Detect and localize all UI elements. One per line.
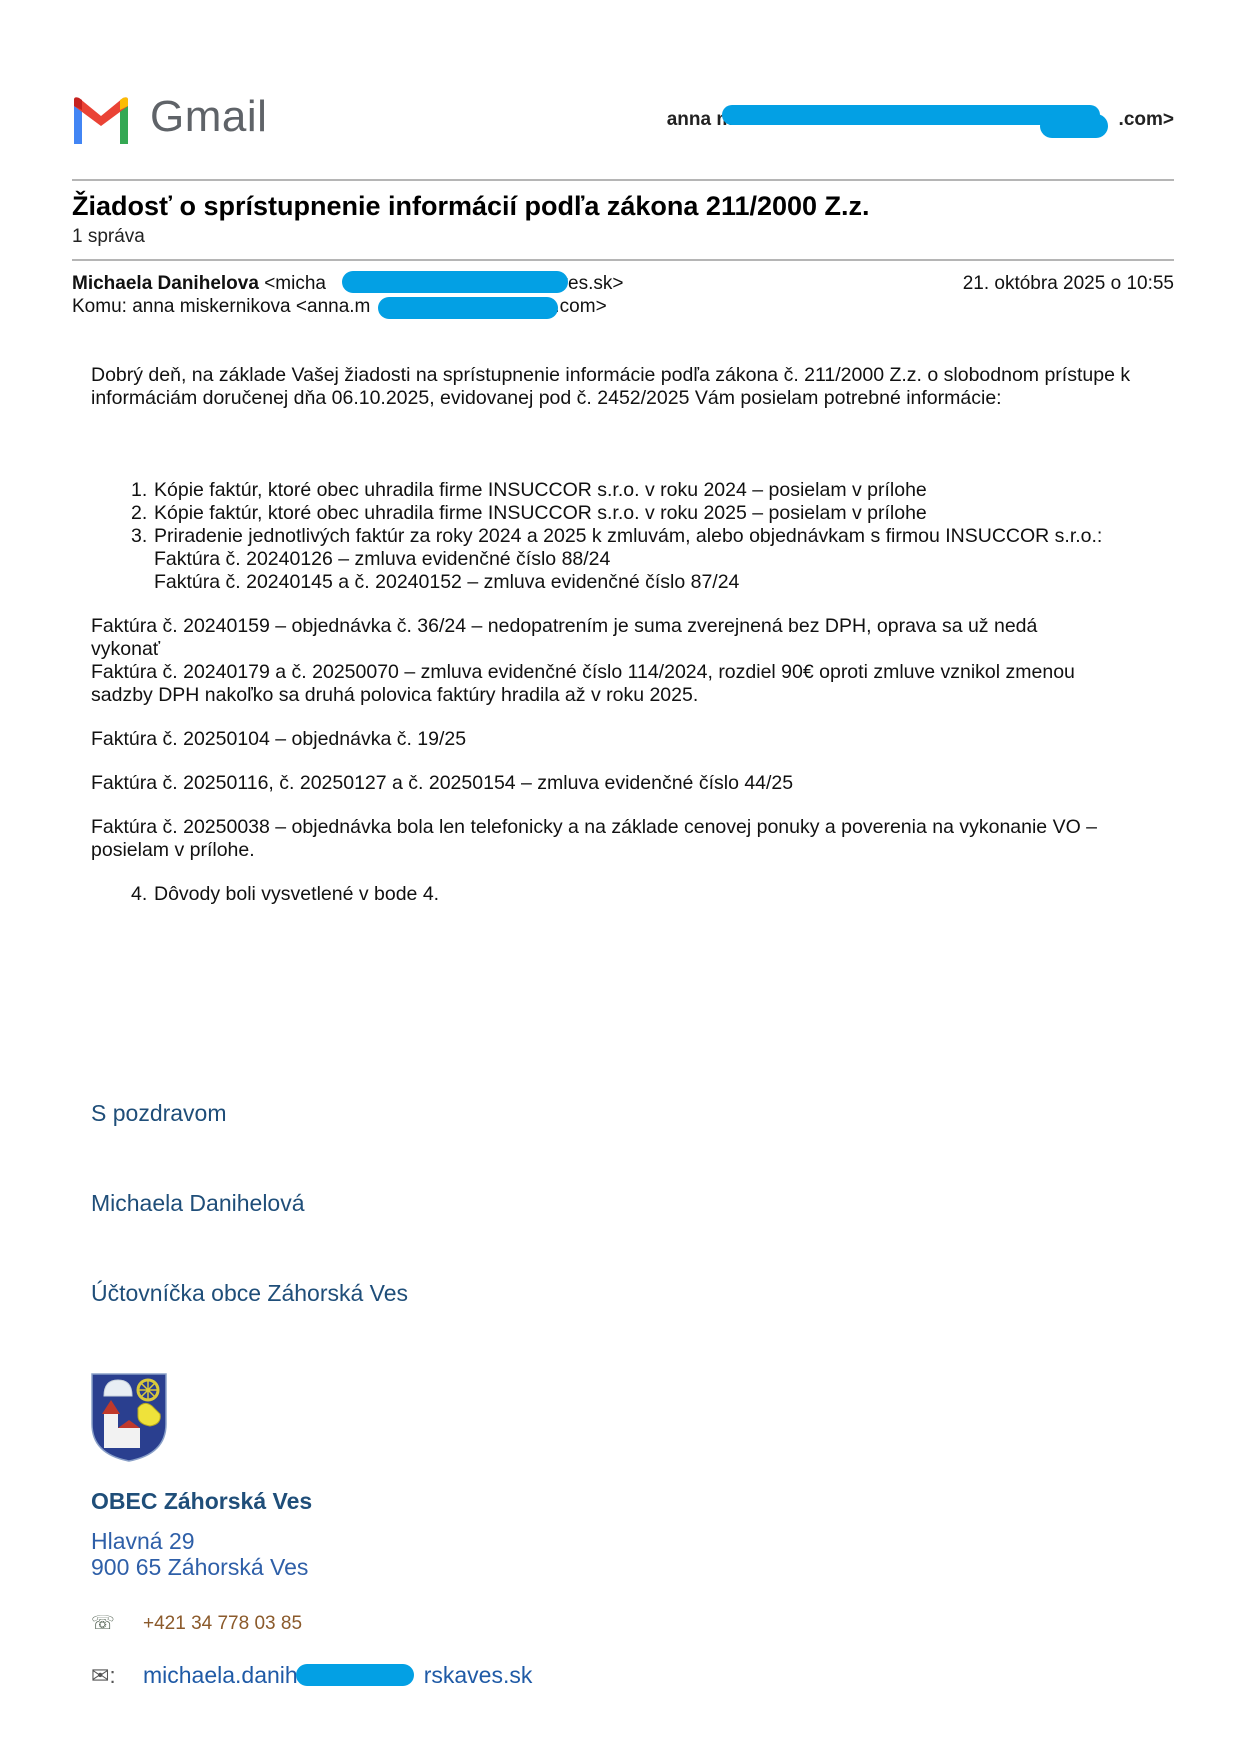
list-item: 3.Priradenie jednotlivých faktúr za roky…	[91, 525, 1171, 548]
message-count: 1 správa	[72, 226, 145, 248]
gmail-wordmark: Gmail	[150, 92, 267, 142]
body-intro: Dobrý deň, na základe Vašej žiadosti na …	[91, 364, 1171, 410]
redaction-sender-email	[342, 271, 568, 293]
invoice-line: Faktúra č. 20240126 – zmluva evidenčné č…	[91, 548, 1171, 571]
gmail-logo-icon	[70, 96, 132, 144]
invoice-paragraph: Faktúra č. 20240179 a č. 20250070 – zmlu…	[91, 661, 1141, 707]
list-item: 1.Kópie faktúr, ktoré obec uhradila firm…	[91, 479, 1171, 502]
signature-street: Hlavná 29	[91, 1528, 195, 1555]
divider-top	[72, 179, 1174, 181]
signature-role: Účtovníčka obce Záhorská Ves	[91, 1280, 408, 1307]
list-item: 4.Dôvody boli vysvetlené v bode 4.	[91, 883, 1171, 906]
redaction-recipient-email	[378, 297, 558, 319]
divider-subject	[72, 259, 1174, 261]
thread-subject: Žiadosť o sprístupnenie informácií podľa…	[72, 191, 870, 222]
invoice-paragraph: Faktúra č. 20250116, č. 20250127 a č. 20…	[91, 772, 1171, 795]
telephone-icon: ☏	[91, 1612, 143, 1635]
invoice-paragraph: Faktúra č. 20240159 – objednávka č. 36/2…	[91, 615, 1091, 661]
list-item: 2.Kópie faktúr, ktoré obec uhradila firm…	[91, 502, 1171, 525]
signature-name: Michaela Danihelová	[91, 1190, 305, 1217]
signature-phone: ☏+421 34 778 03 85	[91, 1612, 302, 1635]
redaction-signature-email	[296, 1664, 414, 1686]
recipient-name: anna miskernikova	[132, 296, 290, 317]
info-list: 1.Kópie faktúr, ktoré obec uhradila firm…	[91, 479, 1171, 548]
invoice-paragraph: Faktúra č. 20250104 – objednávka č. 19/2…	[91, 728, 1171, 751]
info-list-continued: 4.Dôvody boli vysvetlené v bode 4.	[91, 883, 1171, 906]
signature-org: OBEC Záhorská Ves	[91, 1488, 312, 1515]
invoice-line: Faktúra č. 20240145 a č. 20240152 – zmlu…	[91, 571, 1171, 594]
message-date: 21. októbra 2025 o 10:55	[963, 273, 1174, 295]
phone-number[interactable]: +421 34 778 03 85	[143, 1613, 302, 1634]
sender-name: Michaela Danihelova	[72, 273, 259, 294]
municipality-crest-icon	[90, 1372, 168, 1462]
message-body: Dobrý deň, na základe Vašej žiadosti na …	[91, 364, 1171, 906]
signature-closing: S pozdravom	[91, 1100, 227, 1127]
redaction-account-tail	[1040, 114, 1108, 138]
envelope-icon: ✉:	[91, 1663, 143, 1689]
signature-city: 900 65 Záhorská Ves	[91, 1554, 308, 1581]
invoice-paragraph: Faktúra č. 20250038 – objednávka bola le…	[91, 816, 1151, 862]
